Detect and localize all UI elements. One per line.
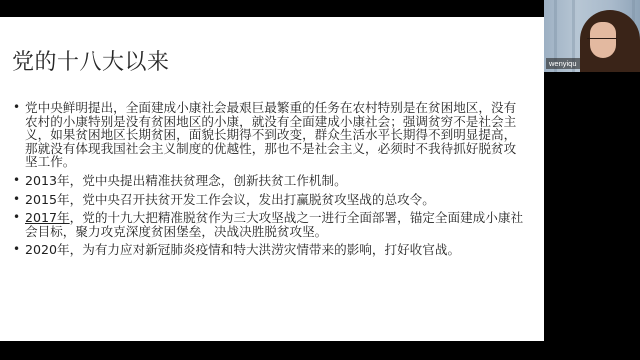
- bullet-icon: •: [13, 193, 20, 207]
- bullet-item: • 2013年，党中央提出精准扶贫理念，创新扶贫工作机制。: [12, 174, 527, 188]
- bullet-text: 2015年，党中央召开扶贫开发工作会议，发出打赢脱贫攻坚战的总攻令。: [25, 193, 527, 207]
- participant-glasses: [587, 38, 617, 45]
- bullet-text: 党中央鲜明提出，全面建成小康社会最艰巨最繁重的任务在农村特别是在贫困地区，没有农…: [25, 101, 527, 169]
- participant-video-tile[interactable]: wenyiqu: [544, 0, 640, 72]
- bullet-text: 2020年，为有力应对新冠肺炎疫情和特大洪涝灾情带来的影响，打好收官战。: [25, 243, 527, 257]
- bullet-icon: •: [13, 211, 20, 225]
- participant-name-label: wenyiqu: [546, 58, 580, 69]
- bullet-text: 2013年，党中央提出精准扶贫理念，创新扶贫工作机制。: [25, 174, 527, 188]
- bullet-text-rest: ，党的十九大把精准脱贫作为三大攻坚战之一进行全面部署，锚定全面建成小康社会目标，…: [25, 210, 523, 239]
- bullet-icon: •: [13, 243, 20, 257]
- bullet-item: • 2017年，党的十九大把精准脱贫作为三大攻坚战之一进行全面部署，锚定全面建成…: [12, 211, 527, 238]
- bullet-text: 2017年，党的十九大把精准脱贫作为三大攻坚战之一进行全面部署，锚定全面建成小康…: [25, 211, 527, 238]
- shared-screen-slide: 党的十八大以来 • 党中央鲜明提出，全面建成小康社会最艰巨最繁重的任务在农村特别…: [0, 17, 544, 341]
- bullet-icon: •: [13, 101, 20, 115]
- slide-title: 党的十八大以来: [12, 45, 170, 76]
- bullet-item: • 2015年，党中央召开扶贫开发工作会议，发出打赢脱贫攻坚战的总攻令。: [12, 193, 527, 207]
- bullet-item: • 党中央鲜明提出，全面建成小康社会最艰巨最繁重的任务在农村特别是在贫困地区，没…: [12, 101, 527, 169]
- bullet-item: • 2020年，为有力应对新冠肺炎疫情和特大洪涝灾情带来的影响，打好收官战。: [12, 243, 527, 257]
- bullet-list: • 党中央鲜明提出，全面建成小康社会最艰巨最繁重的任务在农村特别是在贫困地区，没…: [12, 101, 527, 262]
- bullet-icon: •: [13, 174, 20, 188]
